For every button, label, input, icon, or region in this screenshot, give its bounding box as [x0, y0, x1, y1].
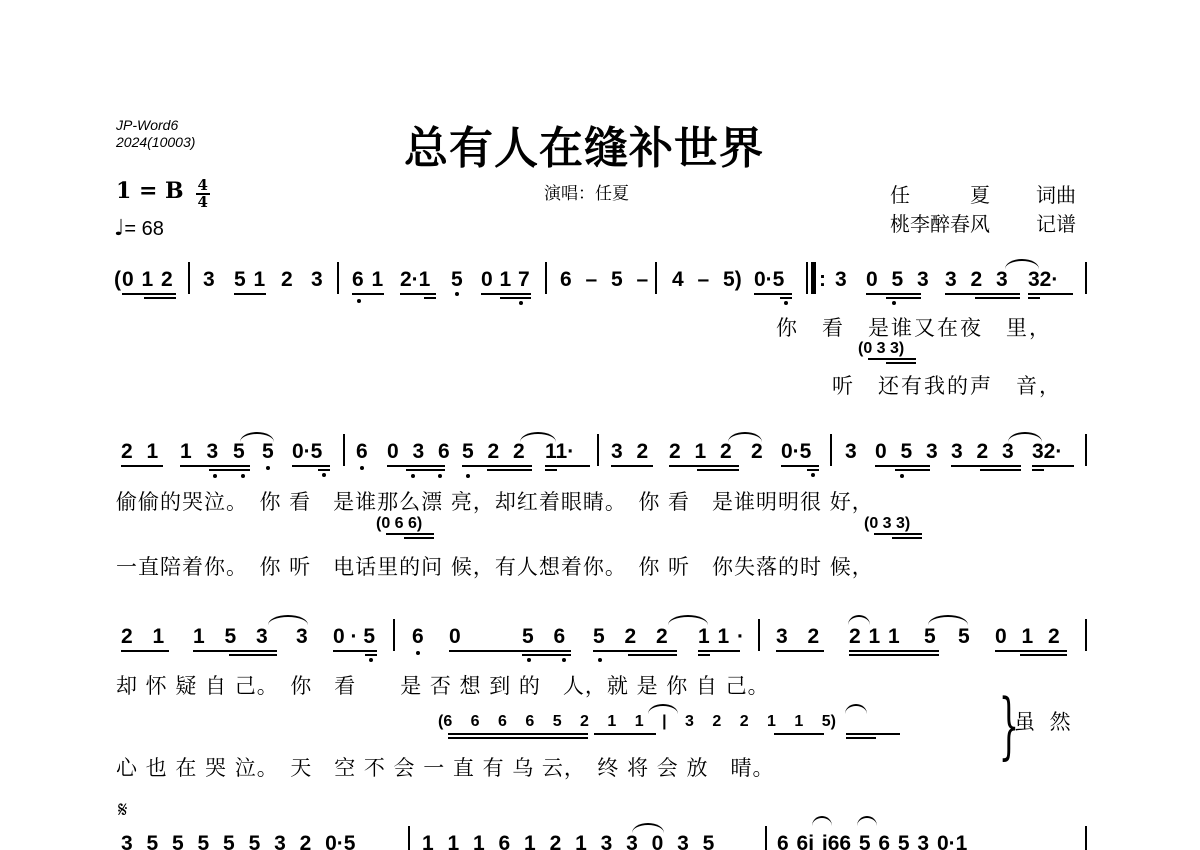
notes-line: 3 5 5 5 5 5 3 2 0·5	[121, 832, 355, 850]
underline	[386, 533, 434, 535]
repeat-barline-thick	[811, 262, 816, 294]
barline	[1085, 619, 1087, 651]
note: 5	[451, 268, 463, 292]
note-group: 3 2	[611, 440, 648, 464]
time-denominator: 4	[197, 195, 207, 210]
tie-arc	[848, 615, 870, 625]
underline	[209, 469, 250, 471]
barline	[1085, 826, 1087, 850]
tie-arc	[857, 816, 877, 826]
tempo-value: = 68	[124, 218, 163, 240]
segno-icon: 𝄋	[118, 798, 127, 823]
tie-arc	[845, 704, 867, 714]
note: 5	[958, 625, 970, 649]
note-group: 0·5	[781, 440, 811, 464]
underline	[698, 654, 710, 656]
underline	[180, 465, 250, 467]
low-octave-dot	[562, 658, 566, 662]
lyrics-verse-1: 偷偷的哭泣。 你 看 是谁那么漂 亮，却红着眼睛。 你 看 是谁明明很 好，	[116, 486, 874, 516]
barline	[765, 826, 767, 850]
note-group: 0·5	[754, 268, 784, 292]
underline	[945, 293, 1020, 295]
underline	[776, 650, 824, 652]
open-paren: (	[114, 268, 121, 292]
lyricist-composer-name: 任 夏	[890, 179, 990, 208]
underline	[874, 533, 922, 535]
underline	[1028, 293, 1073, 295]
underline	[866, 293, 921, 295]
underline	[144, 297, 176, 299]
note: 3	[203, 268, 215, 292]
underline	[193, 650, 277, 652]
underline	[400, 293, 436, 295]
underline	[781, 465, 819, 467]
underline	[481, 293, 531, 295]
key-signature: 1 = B 4 4	[116, 178, 210, 210]
underline	[628, 654, 677, 656]
barline	[655, 262, 657, 294]
continuation-lyric: 虽 然	[1014, 706, 1075, 736]
underline	[1028, 297, 1040, 299]
low-octave-dot	[811, 473, 815, 477]
low-octave-dot	[416, 651, 420, 655]
low-octave-dot	[900, 474, 904, 478]
barline	[343, 434, 345, 466]
note-group: 0 5 3	[875, 440, 938, 464]
note: 2	[281, 268, 293, 292]
notes-intro: 0 1 2	[122, 268, 173, 292]
underline	[449, 650, 571, 652]
lyrics-verse-1: 却 怀 疑 自 己。 你 看 是 否 想 到 的 人，就 是 你 自 己。	[116, 670, 770, 700]
tie-arc	[812, 816, 832, 826]
software-version: 2024(10003)	[116, 134, 195, 151]
low-octave-dot	[369, 658, 373, 662]
note-group: 0 1 2	[995, 625, 1060, 649]
note-group: 0 · 5	[333, 625, 375, 649]
note: 3	[296, 625, 308, 649]
underline	[846, 733, 900, 735]
underline	[886, 362, 916, 364]
underline	[406, 469, 445, 471]
barline	[393, 619, 395, 651]
barline	[545, 262, 547, 294]
barline	[408, 826, 410, 850]
underline	[995, 650, 1067, 652]
note-group: 0 5 3	[866, 268, 929, 292]
underline	[849, 650, 939, 652]
underline	[849, 654, 939, 656]
transcriber-role: 记谱	[1036, 208, 1076, 237]
underline	[404, 537, 434, 539]
underline	[545, 469, 557, 471]
transcriber-name: 桃李醉春风	[890, 208, 990, 237]
underline	[886, 297, 921, 299]
underline	[754, 293, 792, 295]
note-group: 32·	[1032, 440, 1062, 464]
note: 3	[845, 440, 857, 464]
low-octave-dot	[527, 658, 531, 662]
underline	[951, 465, 1021, 467]
low-octave-dot	[784, 301, 788, 305]
note-group: 3 2 3	[945, 268, 1008, 292]
underline	[594, 733, 656, 735]
underline	[487, 469, 532, 471]
underline	[121, 650, 169, 652]
note-group: 2 1	[121, 625, 164, 649]
barline	[188, 262, 190, 294]
note-group: 6 1	[352, 268, 383, 292]
barline	[1085, 262, 1087, 294]
underline	[545, 465, 590, 467]
underline	[807, 469, 819, 471]
software-name: JP-Word6	[116, 117, 178, 134]
underline	[448, 737, 588, 739]
underline	[780, 297, 792, 299]
underline	[122, 293, 176, 295]
underline	[846, 737, 876, 739]
tie-arc	[668, 615, 708, 625]
underline	[333, 650, 377, 652]
tie-arc	[268, 615, 308, 625]
note: 5	[262, 440, 274, 464]
low-octave-dot	[519, 301, 523, 305]
barline	[758, 619, 760, 651]
notes-line: 6 6i i66 5 6 5 3 0·1	[777, 832, 967, 850]
note: 2	[751, 440, 763, 464]
barline	[597, 434, 599, 466]
underline	[292, 465, 330, 467]
tie-arc	[928, 615, 968, 625]
notes-line: 1 1 1 6 1 2 1 3 3 0 3 5	[422, 832, 714, 850]
underline	[1032, 469, 1044, 471]
key-label: 1 = B	[116, 178, 184, 204]
low-octave-dot	[892, 301, 896, 305]
note-group: 11·	[545, 440, 574, 464]
note: 3	[311, 268, 323, 292]
note-group: 0 3 6	[387, 440, 450, 464]
note-group: 0 1 7	[481, 268, 530, 292]
lyricist-composer-role: 词曲	[1036, 179, 1076, 208]
note-group: 2 1 2	[669, 440, 732, 464]
underline	[611, 465, 653, 467]
low-octave-dot	[357, 299, 361, 303]
underline	[669, 465, 739, 467]
song-title: 总有人在缝补世界	[404, 112, 764, 176]
low-octave-dot	[322, 473, 326, 477]
underline	[698, 650, 740, 652]
time-numerator: 4	[197, 178, 207, 193]
lyrics-verse-2: 听 还有我的声 音，	[832, 370, 1062, 400]
tie-arc	[648, 704, 678, 714]
underline	[875, 465, 930, 467]
note: 3	[835, 268, 847, 292]
underline	[774, 733, 824, 735]
underline	[448, 733, 588, 735]
note-group: 2·1	[400, 268, 430, 292]
low-octave-dot	[360, 466, 364, 470]
underline	[892, 537, 922, 539]
low-octave-dot	[241, 474, 245, 478]
underline	[1020, 654, 1067, 656]
underline	[365, 654, 377, 656]
alt-notation-a: (0 6 6)	[376, 515, 422, 533]
underline	[522, 654, 571, 656]
note-group: 1 1 ·	[698, 625, 744, 649]
measure-notes: 4 – 5)	[672, 268, 742, 292]
low-octave-dot	[266, 466, 270, 470]
note-group: 5 2 2	[462, 440, 525, 464]
underline	[500, 297, 531, 299]
note: 5	[924, 625, 936, 649]
note-group: 1 5 3	[193, 625, 268, 649]
sheet-music-page: { "meta": { "software": "JP-Word6", "ver…	[0, 0, 1200, 850]
underline	[229, 654, 277, 656]
underline	[593, 650, 677, 652]
underline	[975, 297, 1020, 299]
alt-notation: (6 6 6 6 5 2 1 1 | 3 2 2 1 1 5)	[438, 713, 836, 731]
lyrics-verse-1: 你 看 是谁又在夜 里，	[776, 312, 1052, 342]
barline	[337, 262, 339, 294]
note-group: 0·5	[292, 440, 322, 464]
note-group: 5 1	[234, 268, 265, 292]
underline	[424, 297, 436, 299]
note: 6	[356, 440, 368, 464]
note: 0	[449, 625, 461, 649]
note-group: 32·	[1028, 268, 1058, 292]
note-group: 2 1 1	[849, 625, 900, 649]
low-octave-dot	[411, 474, 415, 478]
quarter-note-icon: ♩	[114, 216, 124, 241]
underline	[868, 358, 916, 360]
underline	[352, 293, 384, 295]
underline	[895, 469, 930, 471]
note-group: 5 2 2	[593, 625, 668, 649]
tie-arc	[632, 823, 664, 833]
low-octave-dot	[455, 292, 459, 296]
lyrics-verse-2: 心 也 在 哭 泣。 天 空 不 会 一 直 有 乌 云， 终 将 会 放 晴。	[116, 752, 774, 782]
note: 6	[412, 625, 424, 649]
low-octave-dot	[438, 474, 442, 478]
singer-credit: 演唱：任夏	[544, 179, 629, 204]
time-signature: 4 4	[196, 178, 210, 210]
tempo-marking: ♩= 68	[114, 216, 164, 241]
note-group: 2 1	[121, 440, 158, 464]
barline	[1085, 434, 1087, 466]
alt-notation: (0 3 3)	[858, 340, 904, 358]
note-group: 3 2 3	[951, 440, 1014, 464]
underline	[121, 465, 163, 467]
low-octave-dot	[466, 474, 470, 478]
repeat-barline-thin	[806, 262, 808, 294]
note-group: 1 3 5	[180, 440, 245, 464]
lyrics-verse-2: 一直陪着你。 你 听 电话里的问 候，有人想着你。 你 听 你失落的时 候，	[116, 551, 874, 581]
note-group: 5 6	[522, 625, 565, 649]
underline	[234, 293, 266, 295]
underline	[980, 469, 1021, 471]
underline	[1032, 465, 1074, 467]
low-octave-dot	[598, 658, 602, 662]
underline	[318, 469, 330, 471]
alt-notation-b: (0 3 3)	[864, 515, 910, 533]
underline	[697, 469, 739, 471]
measure-notes: 6 – 5 –	[560, 268, 648, 292]
underline	[462, 465, 532, 467]
low-octave-dot	[213, 474, 217, 478]
barline	[830, 434, 832, 466]
repeat-colon: :	[819, 268, 826, 292]
underline	[387, 465, 445, 467]
note-group: 3 2	[776, 625, 819, 649]
